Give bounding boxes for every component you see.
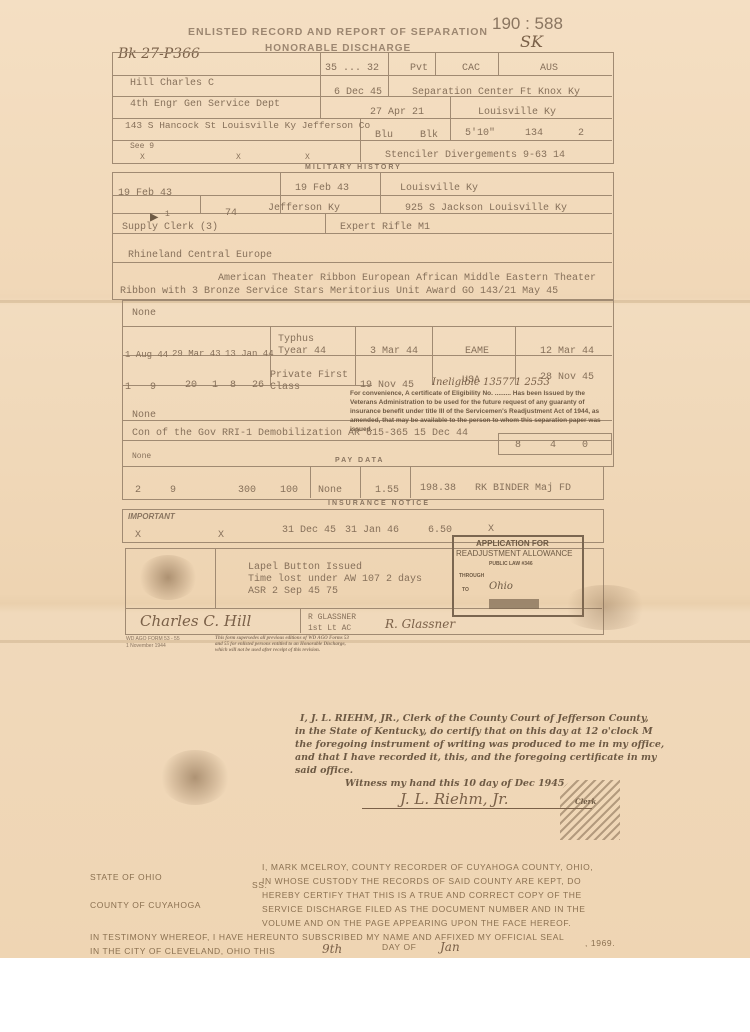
date-of-birth: 27 Apr 21 (370, 107, 424, 118)
ohio-line6: IN TESTIMONY WHEREOF, I HAVE HEREUNTO SU… (90, 932, 564, 942)
education-high: 4 (550, 440, 556, 451)
color-hair: Blk (420, 130, 438, 141)
insurance-next-premium: 31 Jan 46 (345, 525, 399, 536)
thumbprint (138, 555, 198, 600)
stamp-line5: TO (462, 587, 469, 593)
ohio-day-hand: 9th (322, 942, 342, 956)
smallpox-date: 1 Aug 44 (125, 350, 168, 360)
stamp-block (489, 599, 539, 609)
race-white: X (140, 153, 145, 162)
date-of-induction: 19 Feb 43 (118, 188, 172, 199)
remarks-line2: Time lost under AW 107 2 days (248, 574, 422, 585)
ohio-line7: IN THE CITY OF CLEVELAND, OHIO THIS (90, 946, 275, 956)
civilian-occupation: Stenciler Divergements 9-63 14 (385, 150, 565, 161)
total-amount: 198.38 (420, 483, 456, 494)
reason-separation: Con of the Gov RRI-1 Demobilization AR 6… (132, 428, 468, 439)
clerk-line5: said office. (295, 765, 353, 776)
local-board-no: 74 (225, 208, 237, 219)
section-pay-data: PAY DATA (335, 457, 384, 464)
insurance-continue: X (488, 524, 494, 535)
ohio-left2: COUNTY OF CUYAHOGA (90, 900, 201, 910)
clerk-line2: in the State of Kentucky, do certify tha… (295, 726, 653, 737)
decorations-line2: Ribbon with 3 Bronze Service Stars Merit… (120, 286, 558, 297)
stamp-line4: THROUGH (459, 573, 484, 579)
height: 5'10" (465, 128, 495, 139)
education-grammar: 8 (515, 440, 521, 451)
travel-pay: 1.55 (375, 485, 399, 496)
address-employment: See 9 (130, 142, 154, 151)
prior-service: None (132, 410, 156, 421)
color-eyes: Blu (375, 130, 393, 141)
insurance-premium: 6.50 (428, 525, 452, 536)
continental-years: 1 (125, 382, 131, 393)
highest-grade: Private First Class (270, 370, 350, 394)
fold-line (0, 640, 750, 643)
specialty: Supply Clerk (3) (122, 222, 218, 233)
decorations-line1: American Theater Ribbon European African… (218, 273, 596, 284)
insurance-effective-date: 31 Dec 45 (282, 525, 336, 536)
ohio-day-of: DAY OF (382, 942, 416, 952)
stamp-hand: Ohio (489, 581, 513, 592)
local-board: 1 (165, 210, 170, 219)
departure-date-1: 3 Mar 44 (370, 346, 418, 357)
wounds: None (132, 308, 156, 319)
ohio-line4: SERVICE DISCHARGE FILED AS THE DOCUMENT … (262, 904, 586, 914)
longevity-months: 9 (170, 485, 176, 496)
arrival-date-1: 12 Mar 44 (540, 346, 594, 357)
seal-hatching (560, 780, 620, 840)
citizen-yes: X (305, 153, 310, 162)
serial-number: 35 ... 32 (325, 63, 379, 74)
section-military-history: MILITARY HISTORY (305, 164, 402, 171)
clerk-line3: the foregoing instrument of writing was … (295, 739, 664, 750)
education-college: 0 (582, 440, 588, 451)
clerk-line1: I, J. L. RIEHM, JR., Clerk of the County… (300, 713, 649, 724)
stamp-line1: APPLICATION FOR (476, 539, 549, 548)
handwritten-cert-no: Ineligible 135771 2553 (432, 377, 550, 388)
stain (560, 585, 650, 630)
officer-signature: R. Glassner (385, 617, 455, 631)
ohio-left1: STATE OF OHIO (90, 872, 162, 882)
dependents: 2 (578, 128, 584, 139)
other-immunization: Typhus Tyear 44 (278, 334, 326, 358)
ohio-line3: HEREBY CERTIFY THAT THIS IS A TRUE AND C… (262, 890, 582, 900)
clerk-signature: J. L. Riehm, Jr. (400, 790, 509, 808)
disbursing-officer: RK BINDER Maj FD (475, 483, 571, 494)
battles: Rhineland Central Europe (128, 250, 272, 261)
stamp-number: 190 : 588 (492, 14, 563, 34)
insurance-kind: X (135, 530, 141, 541)
document-title: ENLISTED RECORD AND REPORT OF SEPARATION (188, 26, 488, 38)
weight: 134 (525, 128, 543, 139)
soldier-deposits: None (318, 485, 342, 496)
grade: Pvt (410, 63, 428, 74)
foreign-years: 1 (212, 380, 218, 391)
permanent-address: 143 S Hancock St Louisville Ky Jefferson… (125, 120, 370, 131)
destination: EAME (465, 346, 489, 357)
schools: None (132, 452, 151, 461)
longevity-years: 2 (135, 485, 141, 496)
county-state: Jefferson Ky (268, 203, 340, 214)
marital-married: X (236, 153, 241, 162)
place-of-entry: Louisville Ky (400, 183, 478, 194)
continental-months: 9 (150, 382, 156, 393)
stamp-line2: READJUSTMENT ALLOWANCE (456, 549, 572, 558)
ohio-line1: I, MARK MCELROY, COUNTY RECORDER OF CUYA… (262, 862, 593, 872)
home-address-entry: 925 S Jackson Louisville Ky (405, 203, 567, 214)
supersedes-note: This form supersedes all previous editio… (215, 636, 355, 654)
stamp-initials: SK (520, 32, 543, 51)
continental-days: 20 (185, 380, 197, 391)
ohio-year: , 1969. (585, 938, 615, 948)
insurance-how-paid: X (218, 530, 224, 541)
thumbprint-2 (160, 750, 230, 805)
form-note: WD AGO FORM 53 - 55 1 November 1944 (126, 636, 180, 650)
tetanus-date: 13 Jan 44 (225, 349, 274, 359)
important-label: IMPORTANT (128, 512, 175, 521)
ohio-month-hand: Jan (440, 940, 460, 954)
organization: 4th Engr Gen Service Dept (130, 99, 280, 110)
place-of-separation: Separation Center Ft Knox Ky (412, 87, 580, 98)
section-insurance: INSURANCE NOTICE (328, 500, 430, 507)
personnel-officer: R GLASSNER 1st Lt AC (308, 612, 356, 634)
ohio-line2: IN WHOSE CUSTODY THE RECORDS OF SAID COU… (262, 876, 581, 886)
stamp-line3: PUBLIC LAW #346 (489, 561, 533, 567)
mustering-total: 300 (238, 485, 256, 496)
remarks-line1: Lapel Button Issued (248, 562, 362, 573)
ohio-line5: VOLUME AND ON THE PAGE APPEARING UPON TH… (262, 918, 571, 928)
qualification: Expert Rifle M1 (340, 222, 430, 233)
foreign-days: 26 (252, 380, 264, 391)
date-of-entry: 19 Feb 43 (295, 183, 349, 194)
remarks-line3: ASR 2 Sep 45 75 (248, 586, 338, 597)
arm-of-service: CAC (462, 63, 480, 74)
typhoid-date: 29 Mar 43 (172, 349, 221, 359)
foreign-months: 8 (230, 380, 236, 391)
soldier-name: Hill Charles C (130, 78, 214, 89)
discharge-document: ENLISTED RECORD AND REPORT OF SEPARATION… (0, 0, 750, 958)
date-of-separation: 6 Dec 45 (334, 87, 382, 98)
signature-person: Charles C. Hill (140, 612, 251, 630)
mustering-this-payment: 100 (280, 485, 298, 496)
component: AUS (540, 63, 558, 74)
place-of-birth: Louisville Ky (478, 107, 556, 118)
clerk-line6: Witness my hand this 10 day of Dec 1945 (345, 778, 565, 789)
clerk-line4: and that I have recorded it, this, and t… (295, 752, 657, 763)
